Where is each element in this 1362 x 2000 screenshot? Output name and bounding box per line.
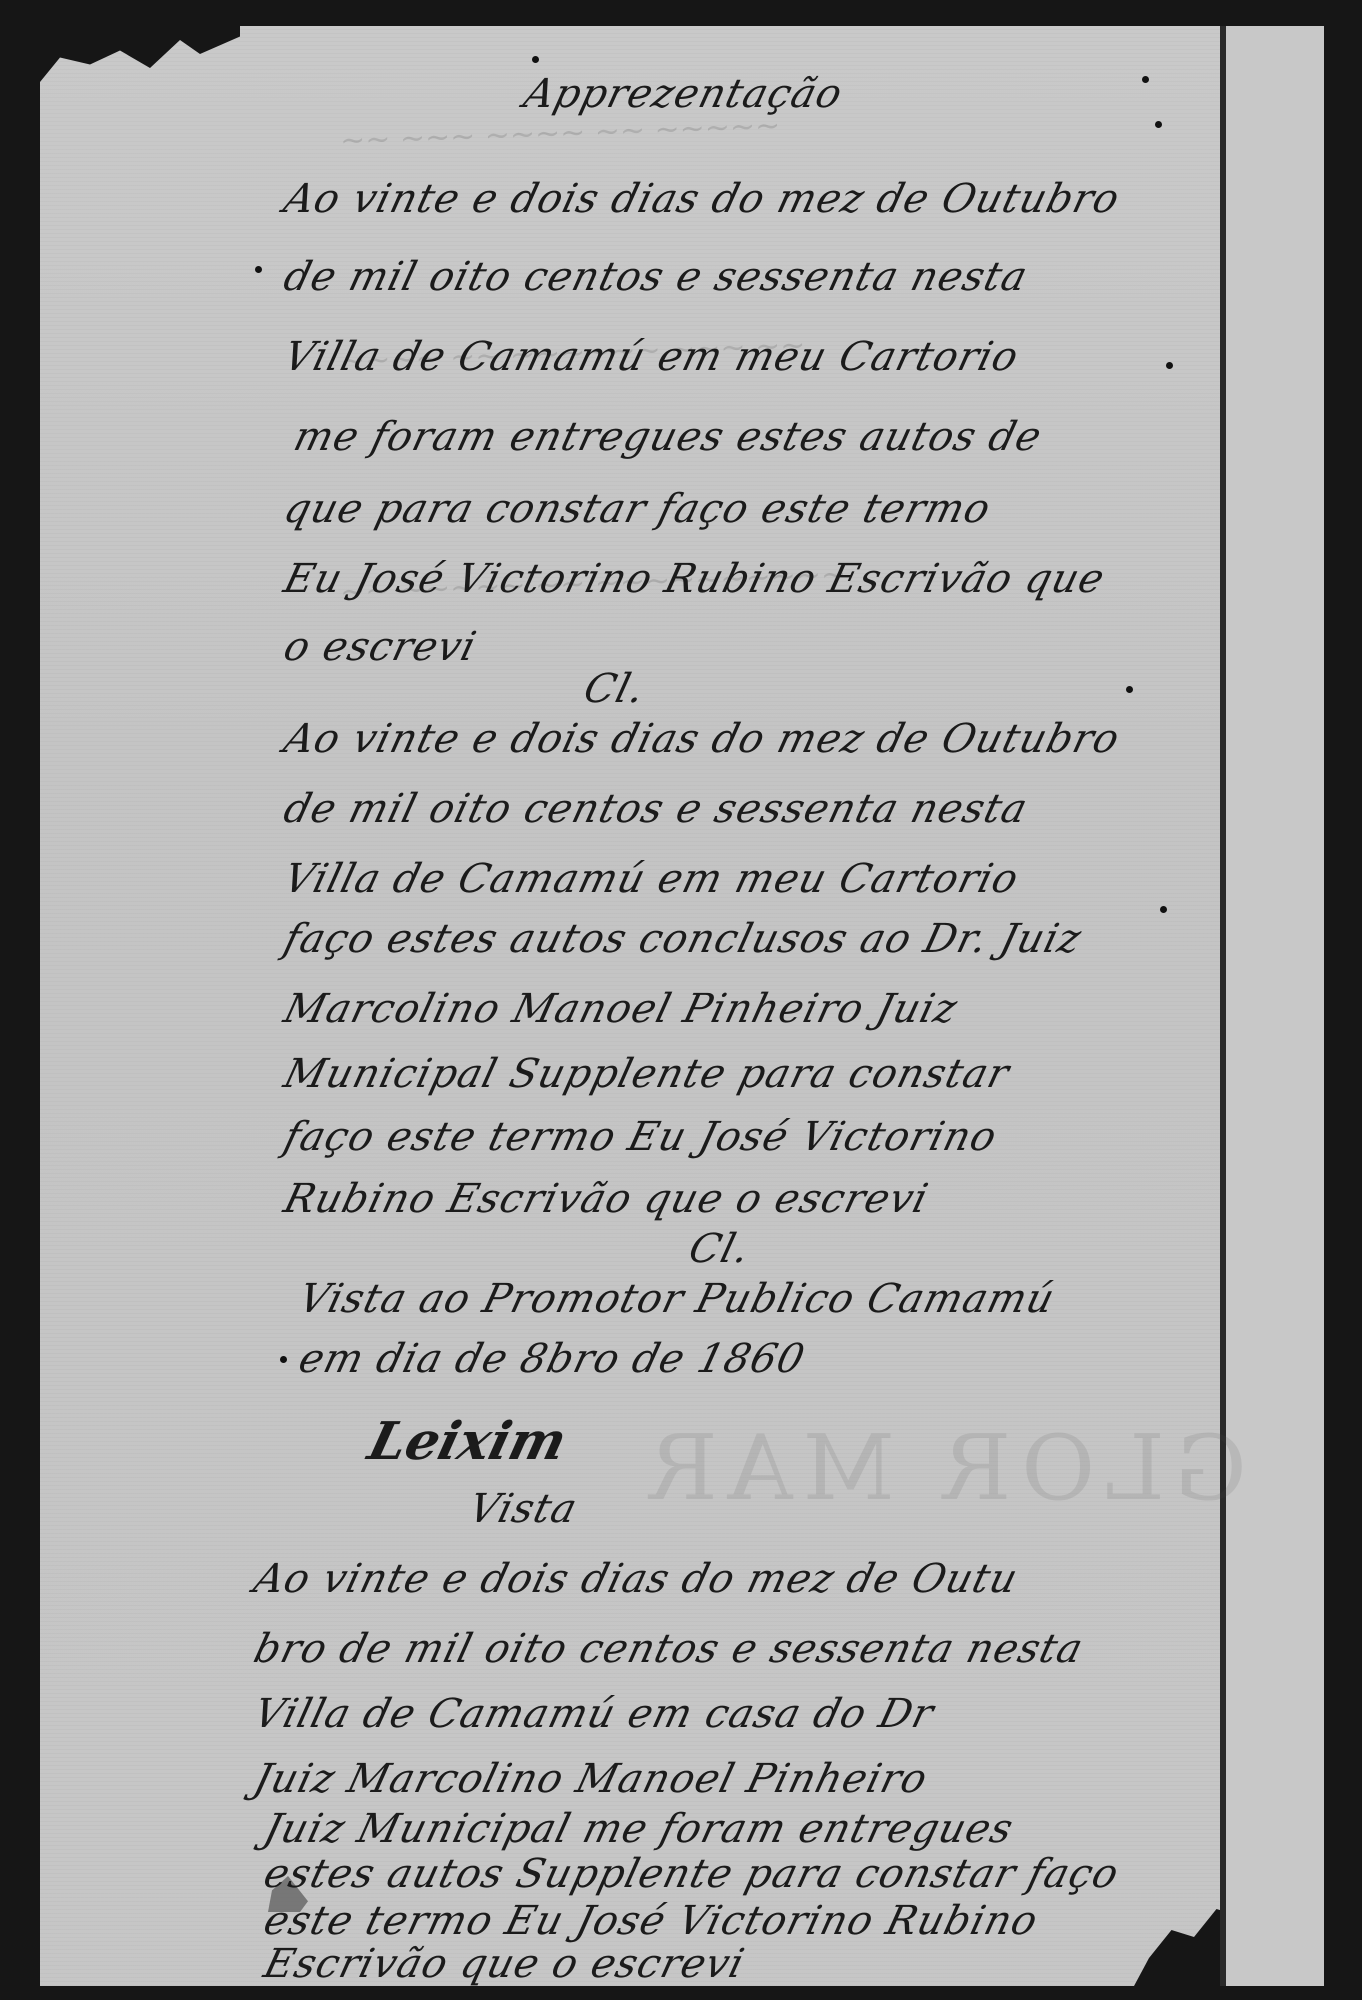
ink-speck	[532, 56, 539, 63]
text-line: Marcolino Manoel Pinheiro Juiz	[279, 986, 962, 1032]
text-line: me foram entregues estes autos de	[289, 414, 1046, 460]
ink-speck	[1160, 906, 1167, 913]
text-line: Juiz Municipal me foram entregues	[259, 1806, 1018, 1852]
manuscript-page: ~~ ~~~ ~~~~ ~~ ~~~~~ ~~~~ ~~ ~~~~~~ ~~~ …	[40, 26, 1324, 1986]
text-line: Municipal Supplente para constar	[279, 1051, 1014, 1097]
section-heading-conclusao: Cl.	[579, 666, 650, 712]
text-line: Ao vinte e dois dias do mez de Outu	[249, 1556, 1023, 1602]
text-line: estes autos Supplente para constar faço	[259, 1851, 1124, 1897]
text-line: Ao vinte e dois dias do mez de Outubro	[279, 716, 1124, 762]
text-line: Ao vinte e dois dias do mez de Outubro	[279, 176, 1124, 222]
text-line: em dia de 8bro de 1860	[294, 1336, 810, 1382]
text-line: de mil oito centos e sessenta nesta	[279, 786, 1032, 832]
text-line: faço estes autos conclusos ao Dr. Juiz	[279, 916, 1086, 962]
section-heading-vista: Vista	[464, 1486, 582, 1532]
text-line: Juiz Marcolino Manoel Pinheiro	[249, 1756, 932, 1802]
ink-speck	[1142, 76, 1149, 83]
ink-speck	[255, 266, 262, 273]
ink-speck	[1166, 362, 1173, 369]
section-heading-apprezentacao: Apprezentação	[519, 71, 847, 117]
ink-speck	[280, 1356, 287, 1363]
text-line: Villa de Camamú em meu Cartorio	[279, 856, 1023, 902]
text-line: o escrevi	[279, 624, 481, 670]
section-heading-conclusao-2: Cl.	[684, 1226, 755, 1272]
ink-speck	[1126, 686, 1133, 693]
text-line: Rubino Escrivão que o escrevi	[279, 1176, 933, 1222]
text-line: Eu José Victorino Rubino Escrivão que	[279, 556, 1109, 602]
adjacent-page-edge	[1226, 26, 1324, 1986]
text-line: Villa de Camamú em casa do Dr	[249, 1691, 938, 1737]
text-line: que para constar faço este termo	[279, 486, 995, 532]
text-line: bro de mil oito centos e sessenta nesta	[249, 1626, 1088, 1672]
text-line: este termo Eu José Victorino Rubino	[259, 1898, 1043, 1944]
text-line: Vista ao Promotor Publico Camamú	[294, 1276, 1059, 1322]
text-line: Villa de Camamú em meu Cartorio	[279, 334, 1023, 380]
text-line: Escrivão que o escrevi	[259, 1941, 749, 1987]
signature: Leixim	[362, 1411, 572, 1472]
text-line: faço este termo Eu José Victorino	[279, 1114, 1002, 1160]
ink-speck	[1155, 121, 1162, 128]
torn-corner-top-left	[40, 26, 240, 96]
paper-watermark: GLOR MAR	[640, 1416, 1247, 1521]
text-line: de mil oito centos e sessenta nesta	[279, 254, 1032, 300]
